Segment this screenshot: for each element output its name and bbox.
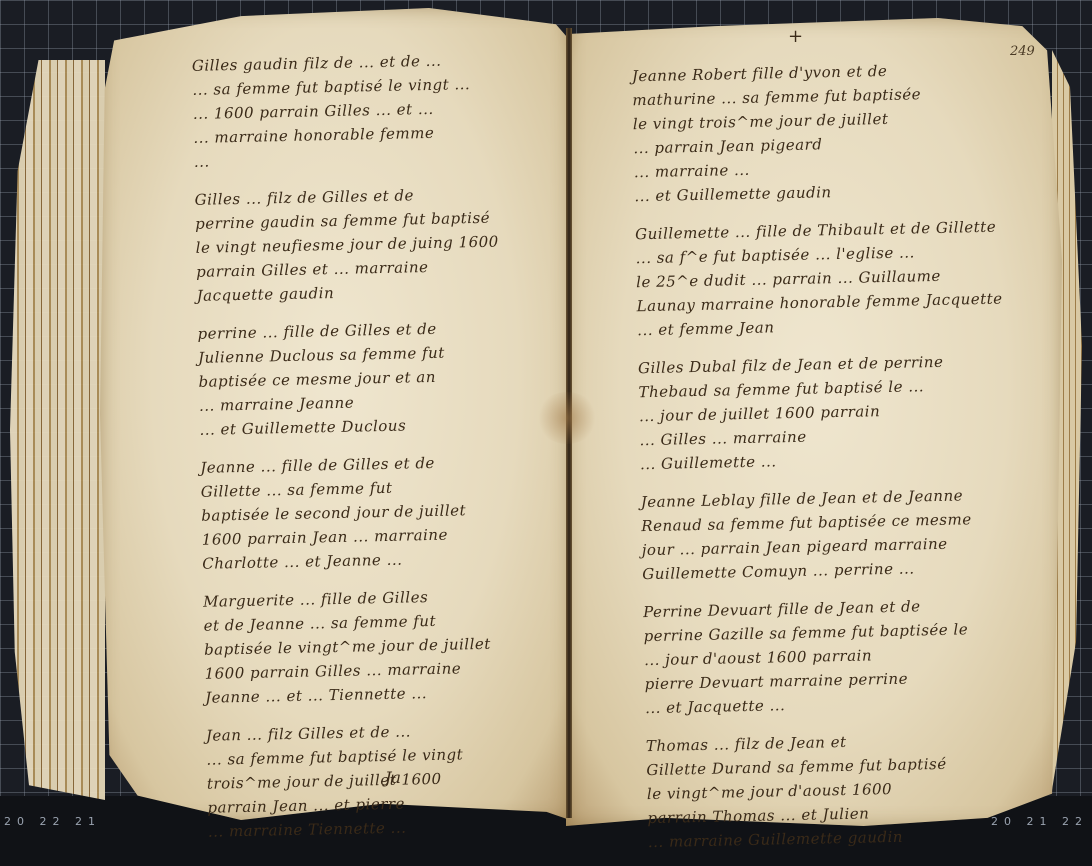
baptism-entry: Gilles ... filz de Gilles et deperrine g…	[194, 180, 561, 308]
baptism-entry: Gilles Dubal filz de Jean et de perrineT…	[638, 348, 1040, 476]
left-page-text: Gilles gaudin filz de ... et de ...... s…	[192, 46, 574, 857]
baptism-entry: Thomas ... filz de Jean etGillette Duran…	[646, 726, 1048, 854]
measurement-ruler-left: 20 22 21	[4, 815, 101, 828]
baptism-entry: Perrine Devuart fille de Jean et deperri…	[643, 592, 1045, 720]
baptism-entry: Jeanne Leblay fille de Jean et de Jeanne…	[641, 482, 1043, 586]
baptism-entry: Gilles gaudin filz de ... et de ...... s…	[192, 46, 559, 174]
baptism-entry: Jean ... filz Gilles et de ...... sa fem…	[206, 716, 573, 844]
baptism-entry: perrine ... fille de Gilles et deJulienn…	[197, 314, 564, 442]
right-page-text: Jeanne Robert fille d'yvon et demathurin…	[632, 56, 1049, 866]
page-edges-left	[10, 60, 105, 800]
baptism-entry: Jeanne Robert fille d'yvon et demathurin…	[632, 56, 1035, 208]
baptism-entry: Jeanne ... fille de Gilles et deGillette…	[200, 448, 567, 576]
baptism-entry: Guillemette ... fille de Thibault et de …	[635, 214, 1037, 342]
baptism-entry: Marguerite ... fille de Gilleset de Jean…	[203, 582, 570, 710]
cross-mark: +	[788, 26, 803, 47]
